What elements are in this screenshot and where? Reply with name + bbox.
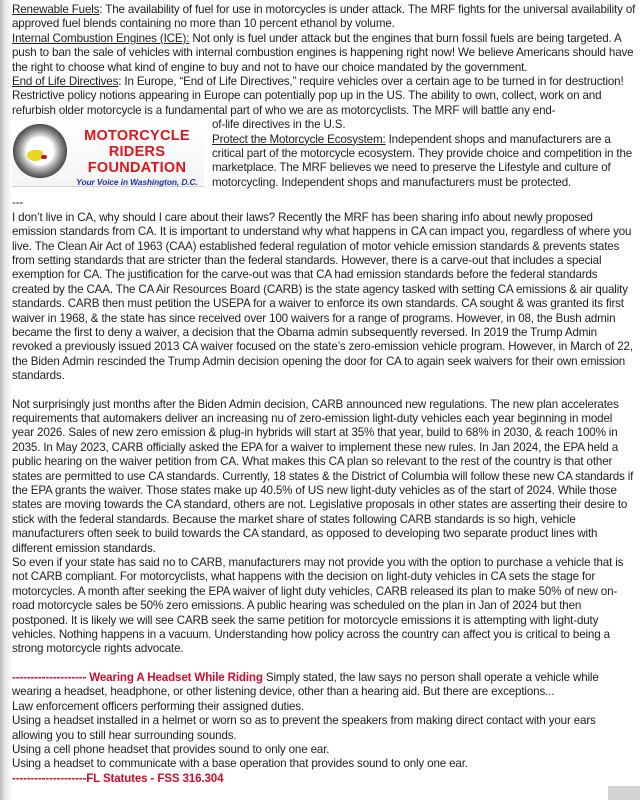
end-of-life-continuation: of-life directives in the U.S. — [212, 118, 636, 132]
statute-footer: --------------------FL Statutes - FSS 31… — [12, 772, 636, 786]
headset-heading: -------------------- Wearing A Headset W… — [12, 671, 263, 684]
logo-line-3: FOUNDATION — [70, 160, 204, 176]
article-paragraph-3: So even if your state has said no to CAR… — [12, 556, 636, 657]
headset-exception: Law enforcement officers performing thei… — [12, 700, 636, 714]
paragraph-gap — [12, 384, 636, 398]
end-of-life-heading: End of Life Directives — [12, 75, 118, 88]
logo-line-2: RIDERS — [70, 144, 204, 160]
ice-paragraph: Internal Combustion Engines (ICE): Not o… — [12, 32, 636, 75]
headset-paragraph: -------------------- Wearing A Headset W… — [12, 671, 636, 700]
headset-exception: Using a cell phone headset that provides… — [12, 743, 636, 757]
article-paragraph-1: I don’t live in CA, why should I care ab… — [12, 211, 636, 384]
headset-exception: Using a headset to communicate with a ba… — [12, 757, 636, 771]
renewable-fuels-body: : The availability of fuel for use in mo… — [12, 3, 635, 30]
article-paragraph-2: Not surprisingly just months after the B… — [12, 398, 636, 556]
document-page: Renewable Fuels: The availability of fue… — [0, 0, 640, 800]
ecosystem-paragraph: Protect the Motorcycle Ecosystem: Indepe… — [212, 133, 636, 191]
separator: --- — [12, 196, 636, 210]
renewable-fuels-heading: Renewable Fuels — [12, 3, 99, 16]
ecosystem-heading: Protect the Motorcycle Ecosystem: — [212, 133, 386, 146]
renewable-fuels-paragraph: Renewable Fuels: The availability of fue… — [12, 3, 636, 32]
logo-line-1: MOTORCYCLE — [70, 128, 204, 144]
paragraph-gap — [12, 657, 636, 671]
document-content: Renewable Fuels: The availability of fue… — [12, 3, 636, 786]
logo-tagline: Your Voice in Washington, D.C. — [68, 178, 206, 187]
headset-exception: Using a headset installed in a helmet or… — [12, 714, 636, 743]
end-of-life-paragraph: End of Life Directives: In Europe, “End … — [12, 75, 636, 118]
ice-heading: Internal Combustion Engines (ICE): — [12, 32, 189, 45]
scrollbar-thumb[interactable] — [608, 786, 640, 800]
mrf-logo: MOTORCYCLE RIDERS FOUNDATION Your Voice … — [12, 122, 204, 187]
ecosystem-column: of-life directives in the U.S. Protect t… — [212, 118, 636, 190]
eagle-beak-icon — [41, 155, 47, 159]
eagle-seal-icon — [13, 124, 67, 178]
logo-row: MOTORCYCLE RIDERS FOUNDATION Your Voice … — [12, 118, 636, 190]
